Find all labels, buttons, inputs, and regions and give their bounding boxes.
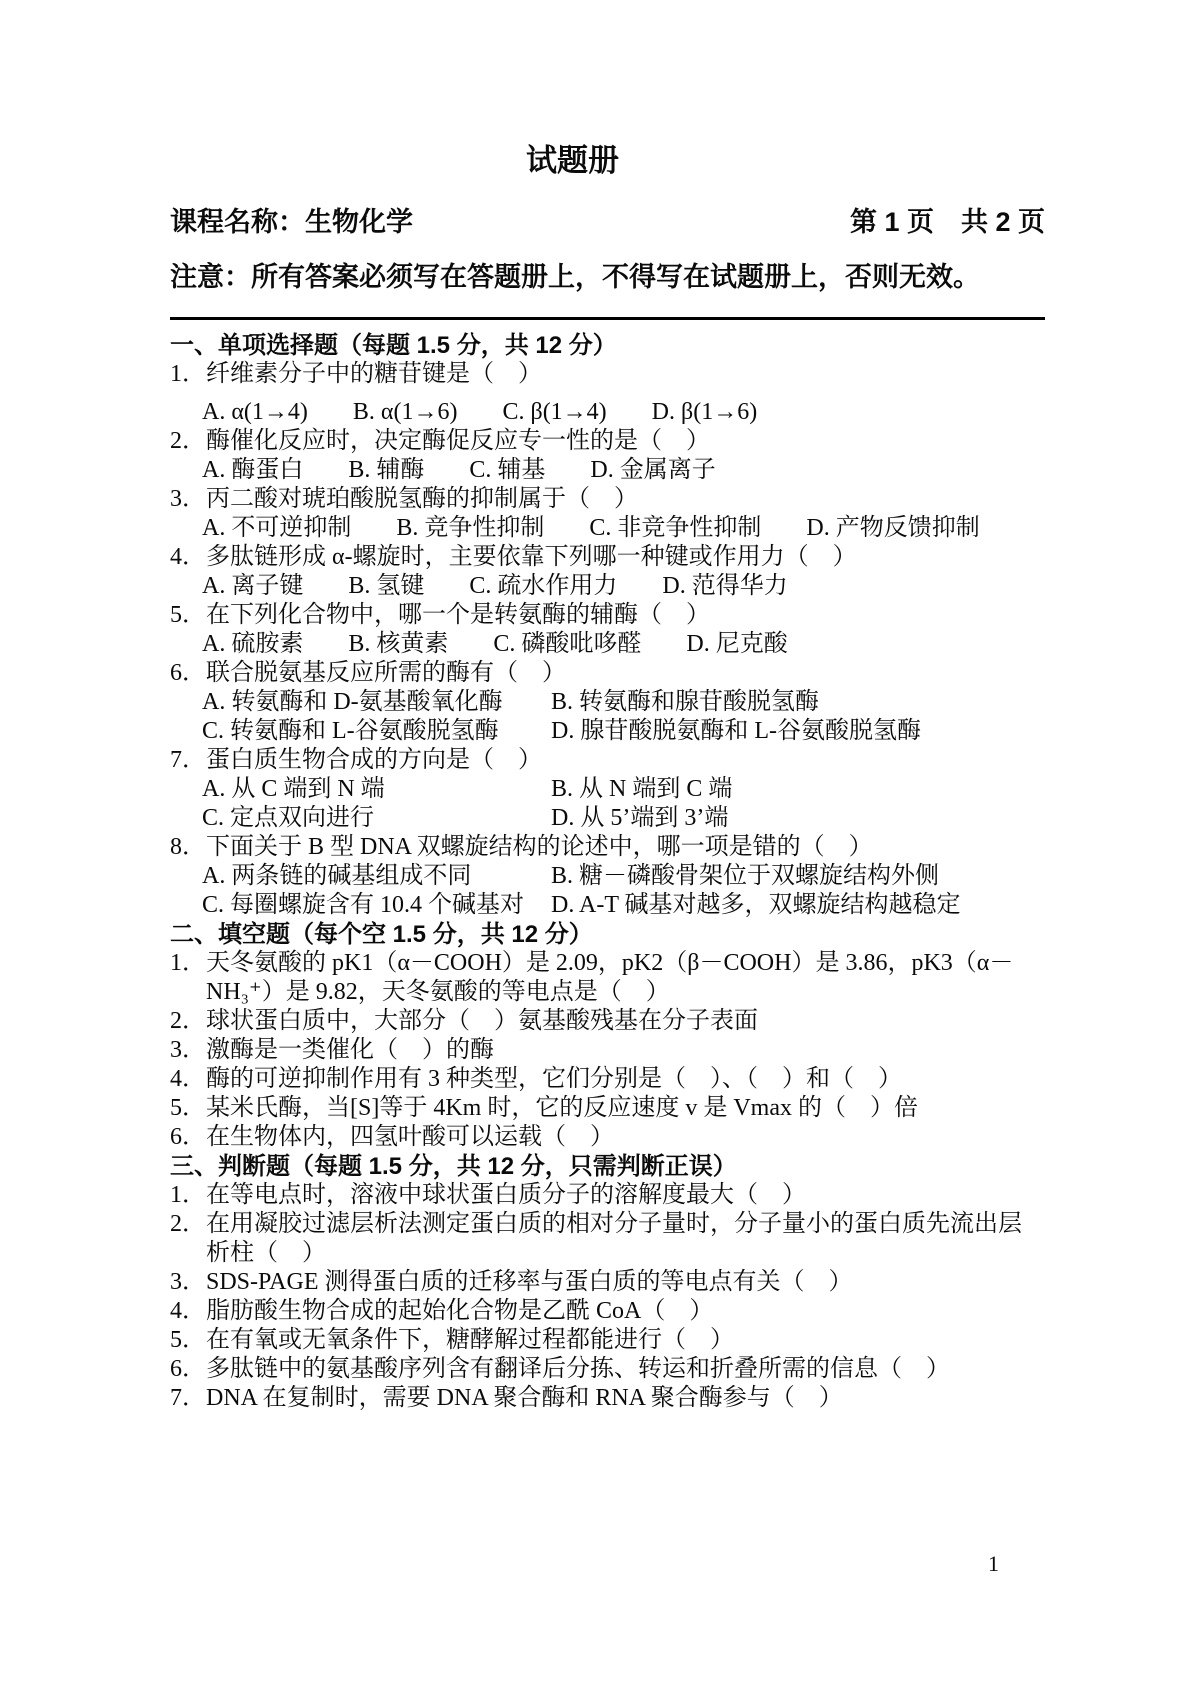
option: C. 磷酸吡哆醛 bbox=[493, 630, 641, 659]
question-number: 4． bbox=[170, 543, 206, 572]
question-number: 3． bbox=[170, 485, 206, 514]
options-row: A. 从 C 端到 N 端B. 从 N 端到 C 端 bbox=[202, 775, 1045, 804]
options-row: C. 转氨酶和 L-谷氨酸脱氢酶D. 腺苷酸脱氨酶和 L-谷氨酸脱氢酶 bbox=[202, 717, 1045, 746]
question: 3．SDS-PAGE 测得蛋白质的迁移率与蛋白质的等电点有关（ ） bbox=[170, 1268, 1045, 1297]
question-text: 在下列化合物中，哪一个是转氨酶的辅酶（ ） bbox=[206, 601, 1045, 630]
option: D. 产物反馈抑制 bbox=[806, 514, 979, 543]
option: D. A-T 碱基对越多，双螺旋结构越稳定 bbox=[551, 891, 961, 920]
option: D. 尼克酸 bbox=[686, 630, 787, 659]
option: A. 酶蛋白 bbox=[202, 456, 303, 485]
question-number: 4． bbox=[170, 1065, 206, 1094]
question-number: 7． bbox=[170, 746, 206, 775]
option: B. 氢键 bbox=[348, 572, 424, 601]
question: 2．酶催化反应时，决定酶促反应专一性的是（ ） bbox=[170, 427, 1045, 456]
page-number: 1 bbox=[988, 1551, 999, 1577]
option: C. 转氨酶和 L-谷氨酸脱氢酶 bbox=[202, 717, 547, 746]
question: 6．多肽链中的氨基酸序列含有翻译后分拣、转运和折叠所需的信息（ ） bbox=[170, 1355, 1045, 1384]
course-name: 课程名称：生物化学 bbox=[170, 206, 413, 238]
question-number: 8． bbox=[170, 833, 206, 862]
section: 一、单项选择题（每题 1.5 分，共 12 分）1．纤维素分子中的糖苷键是（ ）… bbox=[170, 331, 1045, 920]
question: 4．脂肪酸生物合成的起始化合物是乙酰 CoA（ ） bbox=[170, 1297, 1045, 1326]
option: B. 辅酶 bbox=[348, 456, 424, 485]
option: C. β(1→4) bbox=[502, 397, 606, 427]
option: A. 两条链的碱基组成不同 bbox=[202, 862, 547, 891]
question-number: 1． bbox=[170, 949, 206, 1007]
question-text: 天冬氨酸的 pK1（α－COOH）是 2.09，pK2（β－COOH）是 3.8… bbox=[206, 949, 1045, 1007]
question-text: 多肽链形成 α-螺旋时，主要依靠下列哪一种键或作用力（ ） bbox=[206, 543, 1045, 572]
question-text: 激酶是一类催化（ ）的酶 bbox=[206, 1036, 1045, 1065]
question: 5．某米氏酶，当[S]等于 4Km 时，它的反应速度 v 是 Vmax 的（ ）… bbox=[170, 1094, 1045, 1123]
question-text: 下面关于 B 型 DNA 双螺旋结构的论述中，哪一项是错的（ ） bbox=[206, 833, 1045, 862]
question: 5．在下列化合物中，哪一个是转氨酶的辅酶（ ） bbox=[170, 601, 1045, 630]
options-row: A. 两条链的碱基组成不同B. 糖－磷酸骨架位于双螺旋结构外侧 bbox=[202, 862, 1045, 891]
question-text: 在有氧或无氧条件下，糖酵解过程都能进行（ ） bbox=[206, 1326, 1045, 1355]
sections: 一、单项选择题（每题 1.5 分，共 12 分）1．纤维素分子中的糖苷键是（ ）… bbox=[170, 331, 1045, 1413]
option: C. 辅基 bbox=[469, 456, 545, 485]
exam-page: 试题册 课程名称：生物化学 第 1 页 共 2 页 注意：所有答案必须写在答题册… bbox=[0, 0, 1190, 1683]
question-text: 在等电点时，溶液中球状蛋白质分子的溶解度最大（ ） bbox=[206, 1181, 1045, 1210]
options-row: A. 离子键B. 氢键C. 疏水作用力D. 范得华力 bbox=[202, 572, 1045, 601]
question: 3．激酶是一类催化（ ）的酶 bbox=[170, 1036, 1045, 1065]
notice-text: 注意：所有答案必须写在答题册上，不得写在试题册上，否则无效。 bbox=[170, 261, 1045, 293]
option: A. α(1→4) bbox=[202, 397, 308, 427]
section-heading: 一、单项选择题（每题 1.5 分，共 12 分） bbox=[170, 331, 1045, 360]
question-number: 4． bbox=[170, 1297, 206, 1326]
question-text: 酶催化反应时，决定酶促反应专一性的是（ ） bbox=[206, 427, 1045, 456]
option: A. 硫胺素 bbox=[202, 630, 303, 659]
question-text: 酶的可逆抑制作用有 3 种类型，它们分别是（ ）、（ ）和（ ） bbox=[206, 1065, 1045, 1094]
option: B. 核黄素 bbox=[348, 630, 448, 659]
question-number: 6． bbox=[170, 1123, 206, 1152]
options-row: A. 转氨酶和 D-氨基酸氧化酶B. 转氨酶和腺苷酸脱氢酶 bbox=[202, 688, 1045, 717]
question-number: 2． bbox=[170, 1007, 206, 1036]
option: B. 竞争性抑制 bbox=[396, 514, 544, 543]
question-text: 蛋白质生物合成的方向是（ ） bbox=[206, 746, 1045, 775]
question: 8．下面关于 B 型 DNA 双螺旋结构的论述中，哪一项是错的（ ） bbox=[170, 833, 1045, 862]
question-text: 球状蛋白质中，大部分（ ）氨基酸残基在分子表面 bbox=[206, 1007, 1045, 1036]
question-number: 3． bbox=[170, 1268, 206, 1297]
option: D. 腺苷酸脱氨酶和 L-谷氨酸脱氢酶 bbox=[551, 717, 921, 746]
question-text: 在用凝胶过滤层析法测定蛋白质的相对分子量时，分子量小的蛋白质先流出层析柱（ ） bbox=[206, 1210, 1045, 1268]
option: D. β(1→6) bbox=[652, 397, 758, 427]
question-text: 脂肪酸生物合成的起始化合物是乙酰 CoA（ ） bbox=[206, 1297, 1045, 1326]
option: B. 从 N 端到 C 端 bbox=[551, 775, 732, 804]
option: D. 从 5’端到 3’端 bbox=[551, 804, 728, 833]
question-number: 1． bbox=[170, 1181, 206, 1210]
options-row: A. 不可逆抑制B. 竞争性抑制C. 非竞争性抑制D. 产物反馈抑制 bbox=[202, 514, 1045, 543]
option: A. 不可逆抑制 bbox=[202, 514, 351, 543]
option: A. 转氨酶和 D-氨基酸氧化酶 bbox=[202, 688, 547, 717]
section-heading: 二、填空题（每个空 1.5 分，共 12 分） bbox=[170, 920, 1045, 949]
option: C. 非竞争性抑制 bbox=[589, 514, 761, 543]
question-text: 联合脱氨基反应所需的酶有（ ） bbox=[206, 659, 1045, 688]
question-text: 某米氏酶，当[S]等于 4Km 时，它的反应速度 v 是 Vmax 的（ ）倍 bbox=[206, 1094, 1045, 1123]
question: 7．蛋白质生物合成的方向是（ ） bbox=[170, 746, 1045, 775]
horizontal-rule bbox=[170, 317, 1045, 320]
option: A. 离子键 bbox=[202, 572, 303, 601]
option: D. 金属离子 bbox=[590, 456, 715, 485]
option: A. 从 C 端到 N 端 bbox=[202, 775, 547, 804]
question: 4．多肽链形成 α-螺旋时，主要依靠下列哪一种键或作用力（ ） bbox=[170, 543, 1045, 572]
question-number: 2． bbox=[170, 1210, 206, 1268]
question-text: 多肽链中的氨基酸序列含有翻译后分拣、转运和折叠所需的信息（ ） bbox=[206, 1355, 1045, 1384]
options-row: A. α(1→4)B. α(1→6)C. β(1→4)D. β(1→6) bbox=[202, 397, 1045, 427]
question-text: 在生物体内，四氢叶酸可以运载（ ） bbox=[206, 1123, 1045, 1152]
question: 7．DNA 在复制时，需要 DNA 聚合酶和 RNA 聚合酶参与（ ） bbox=[170, 1384, 1045, 1413]
question-text: SDS-PAGE 测得蛋白质的迁移率与蛋白质的等电点有关（ ） bbox=[206, 1268, 1045, 1297]
question-number: 5． bbox=[170, 601, 206, 630]
question-number: 3． bbox=[170, 1036, 206, 1065]
question: 1．天冬氨酸的 pK1（α－COOH）是 2.09，pK2（β－COOH）是 3… bbox=[170, 949, 1045, 1007]
question: 6．联合脱氨基反应所需的酶有（ ） bbox=[170, 659, 1045, 688]
question-text: DNA 在复制时，需要 DNA 聚合酶和 RNA 聚合酶参与（ ） bbox=[206, 1384, 1045, 1413]
question: 4．酶的可逆抑制作用有 3 种类型，它们分别是（ ）、（ ）和（ ） bbox=[170, 1065, 1045, 1094]
question: 3．丙二酸对琥珀酸脱氢酶的抑制属于（ ） bbox=[170, 485, 1045, 514]
question-text: 丙二酸对琥珀酸脱氢酶的抑制属于（ ） bbox=[206, 485, 1045, 514]
document-title: 试题册 bbox=[170, 142, 975, 180]
options-row: C. 每圈螺旋含有 10.4 个碱基对D. A-T 碱基对越多，双螺旋结构越稳定 bbox=[202, 891, 1045, 920]
page-info: 第 1 页 共 2 页 bbox=[850, 206, 1045, 238]
question: 2．在用凝胶过滤层析法测定蛋白质的相对分子量时，分子量小的蛋白质先流出层析柱（ … bbox=[170, 1210, 1045, 1268]
question-number: 6． bbox=[170, 1355, 206, 1384]
option: B. α(1→6) bbox=[353, 397, 458, 427]
question: 5．在有氧或无氧条件下，糖酵解过程都能进行（ ） bbox=[170, 1326, 1045, 1355]
question: 1．纤维素分子中的糖苷键是（ ） bbox=[170, 360, 1045, 389]
question-text: 纤维素分子中的糖苷键是（ ） bbox=[206, 360, 1045, 389]
question-number: 6． bbox=[170, 659, 206, 688]
option: C. 每圈螺旋含有 10.4 个碱基对 bbox=[202, 891, 547, 920]
question-number: 2． bbox=[170, 427, 206, 456]
question: 2．球状蛋白质中，大部分（ ）氨基酸残基在分子表面 bbox=[170, 1007, 1045, 1036]
options-row: C. 定点双向进行D. 从 5’端到 3’端 bbox=[202, 804, 1045, 833]
option: D. 范得华力 bbox=[662, 572, 787, 601]
question: 1．在等电点时，溶液中球状蛋白质分子的溶解度最大（ ） bbox=[170, 1181, 1045, 1210]
option: B. 糖－磷酸骨架位于双螺旋结构外侧 bbox=[551, 862, 939, 891]
question-number: 5． bbox=[170, 1326, 206, 1355]
question-number: 1． bbox=[170, 360, 206, 389]
options-row: A. 酶蛋白B. 辅酶C. 辅基D. 金属离子 bbox=[202, 456, 1045, 485]
section: 三、判断题（每题 1.5 分，共 12 分，只需判断正误）1．在等电点时，溶液中… bbox=[170, 1152, 1045, 1413]
option: C. 疏水作用力 bbox=[469, 572, 617, 601]
question-number: 7． bbox=[170, 1384, 206, 1413]
options-row: A. 硫胺素B. 核黄素C. 磷酸吡哆醛D. 尼克酸 bbox=[202, 630, 1045, 659]
option: C. 定点双向进行 bbox=[202, 804, 547, 833]
page-content: 试题册 课程名称：生物化学 第 1 页 共 2 页 注意：所有答案必须写在答题册… bbox=[0, 0, 1190, 1413]
header-meta-row: 课程名称：生物化学 第 1 页 共 2 页 bbox=[170, 206, 1045, 238]
section: 二、填空题（每个空 1.5 分，共 12 分）1．天冬氨酸的 pK1（α－COO… bbox=[170, 920, 1045, 1152]
option: B. 转氨酶和腺苷酸脱氢酶 bbox=[551, 688, 819, 717]
question: 6．在生物体内，四氢叶酸可以运载（ ） bbox=[170, 1123, 1045, 1152]
section-heading: 三、判断题（每题 1.5 分，共 12 分，只需判断正误） bbox=[170, 1152, 1045, 1181]
question-number: 5． bbox=[170, 1094, 206, 1123]
